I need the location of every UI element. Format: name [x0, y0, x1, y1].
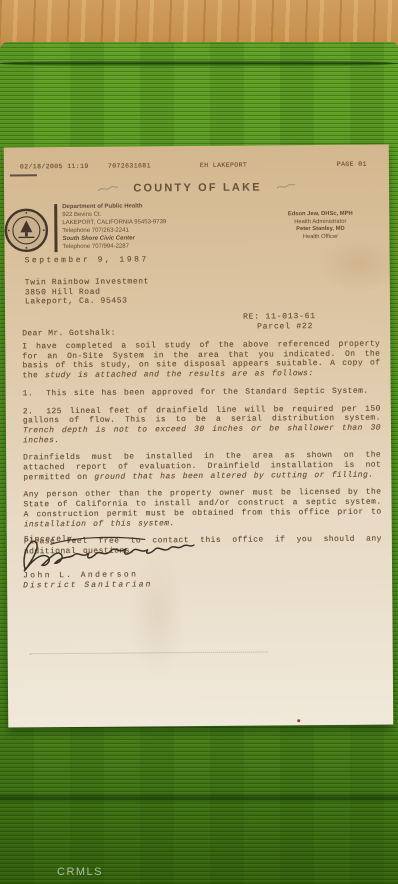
- checkmark-squiggle-icon: [276, 182, 296, 192]
- item-number: 2.: [23, 407, 34, 416]
- perforation-dotted-line: [30, 651, 268, 654]
- paragraph-license: Any person other than the property owner…: [23, 488, 381, 530]
- letter-document: 02/18/2005 11:19 7072631681 EH LAKEPORT …: [4, 144, 394, 727]
- salutation: Dear Mr. Gotshalk:: [22, 329, 116, 339]
- official2-title: Health Officer: [261, 233, 379, 241]
- fax-number: 7072631681: [108, 162, 151, 169]
- item-emphasis: Trench depth is not to exceed 30 inches …: [23, 423, 381, 445]
- letterhead-officials-block: Edson Jew, DHSc, MPH Health Administrato…: [261, 211, 379, 242]
- cloth-fold-shadow: [0, 60, 398, 67]
- signature-name: John L. Anderson: [23, 570, 138, 580]
- paragraph-emphasis: installation of this system.: [24, 519, 175, 529]
- letter-date: September 9, 1987: [25, 255, 149, 265]
- fax-datetime: 02/18/2005 11:19: [20, 163, 89, 171]
- fax-page-number: PAGE 01: [337, 161, 367, 168]
- item-text: This site has been approved for the Stan…: [46, 386, 368, 398]
- signature-title: District Sanitarian: [23, 580, 152, 590]
- paragraph-text: Any person other than the property owner…: [23, 488, 381, 519]
- pen-underline-mark: [10, 174, 37, 176]
- letterhead-address-block: Department of Public Health 922 Bevins C…: [62, 202, 166, 251]
- recipient-city: Lakeport, Ca. 95453: [25, 296, 149, 306]
- county-seal-icon: [3, 207, 49, 253]
- paragraph-emphasis: study is attached and the results are as…: [45, 369, 314, 380]
- letter-title-row: COUNTY OF LAKE: [4, 180, 389, 195]
- fax-header: 02/18/2005 11:19 7072631681 EH LAKEPORT …: [4, 160, 389, 173]
- recipient-name: Twin Rainbow Investment: [25, 277, 149, 287]
- reference-number: RE: 11-013-61: [243, 312, 316, 322]
- paragraph-emphasis: ground that has been altered by cutting …: [94, 470, 373, 481]
- reference-block: RE: 11-013-61 Parcel #22: [243, 312, 316, 332]
- list-item-2: 2.125 lineal feet of drainfield line wil…: [23, 404, 381, 446]
- item-number: 1.: [23, 389, 34, 398]
- paragraph-drainfields: Drainfields must be installed in the are…: [23, 451, 381, 483]
- cloth-fold-shadow-bottom: [0, 793, 398, 803]
- list-item-1: 1.This site has been approved for the St…: [23, 386, 381, 399]
- crmls-watermark: CRMLS: [57, 866, 103, 878]
- letter-title: COUNTY OF LAKE: [133, 181, 261, 194]
- recipient-address-block: Twin Rainbow Investment 3850 Hill Road L…: [25, 277, 149, 306]
- item-text: 125 lineal feet of drainfield line will …: [23, 404, 381, 426]
- checkmark-squiggle-icon: [97, 184, 119, 194]
- red-ink-speck: [297, 719, 300, 722]
- fax-sender: EH LAKEPORT: [200, 162, 247, 169]
- letterhead-divider-bar: [54, 204, 57, 252]
- paragraph-soil-study: I have completed a soil study of the abo…: [22, 340, 380, 382]
- parcel-number: Parcel #22: [243, 322, 316, 332]
- letterhead-phone2: Telephone 707/994-2287: [62, 242, 166, 251]
